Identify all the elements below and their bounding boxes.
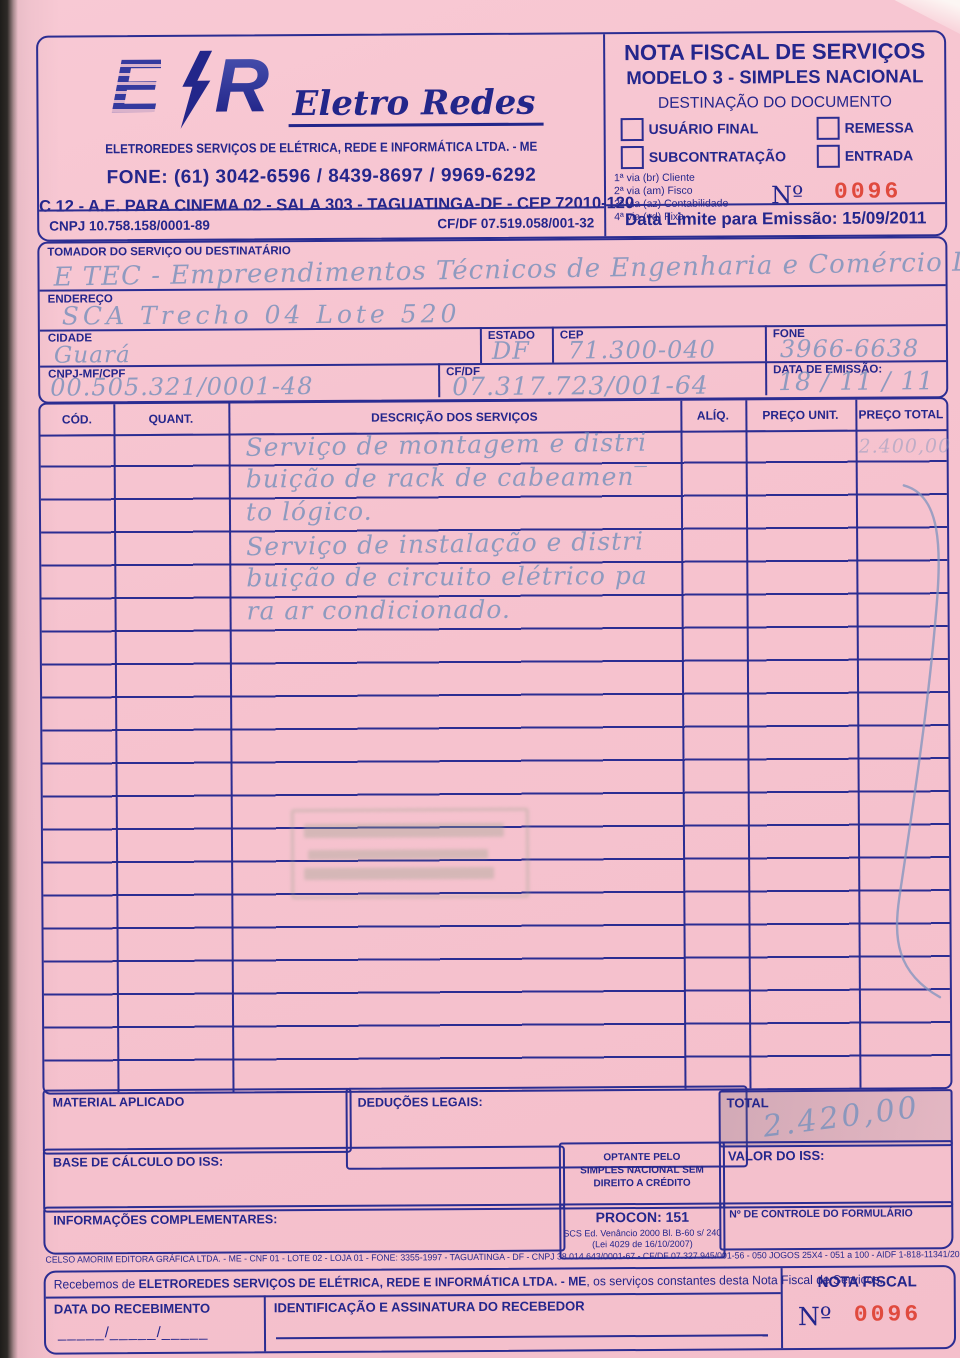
data-recebimento-label: DATA DO RECEBIMENTO bbox=[54, 1301, 210, 1317]
via-1: 1ª via (br) Cliente bbox=[614, 171, 728, 185]
issuer-cnpj: CNPJ 10.758.158/0001-89 bbox=[49, 217, 210, 233]
controle-label: Nº DE CONTROLE DO FORMULÁRIO bbox=[729, 1207, 913, 1220]
col-divider bbox=[438, 363, 440, 397]
endereco-handwriting: SCA Trecho 04 Lote 520 bbox=[62, 299, 461, 330]
invoice-number-stamp: 0096 bbox=[834, 178, 901, 204]
optante-line3: DIREITO A CRÉDITO bbox=[561, 1178, 723, 1190]
col-header-quant: QUANT. bbox=[113, 412, 228, 427]
scanner-edge-strip bbox=[0, 0, 18, 1358]
material-aplicado-label: MATERIAL APLICADO bbox=[53, 1095, 185, 1110]
total-handwriting: 2.420,00 bbox=[761, 1090, 922, 1145]
checkbox-label-usuario-final: USUÁRIO FINAL bbox=[649, 120, 759, 137]
date-placeholder: _____/_____/_____ bbox=[58, 1324, 209, 1342]
invoice-title: NOTA FISCAL DE SERVIÇOS bbox=[605, 38, 944, 66]
col-divider bbox=[765, 361, 767, 395]
col-divider bbox=[552, 327, 554, 363]
company-logo: E R Eletro Redes bbox=[98, 40, 599, 139]
stub-invoice-number: 0096 bbox=[854, 1301, 921, 1327]
recebemos-prefix: Recebemos de bbox=[54, 1277, 139, 1292]
bleed-through-stamp bbox=[291, 808, 530, 899]
description-line: to lógico. bbox=[246, 495, 676, 531]
signature-line bbox=[276, 1308, 768, 1339]
via-2: 2ª via (am) Fisco bbox=[614, 184, 728, 198]
tomador-box: TOMADOR DO SERVIÇO OU DESTINATÁRIO E TEC… bbox=[37, 236, 948, 404]
cnpj-handwriting: 00.505.321/0001-48 bbox=[50, 372, 313, 402]
scanned-invoice-paper: E R Eletro Redes ELETROREDES SERVIÇOS DE… bbox=[0, 0, 960, 1358]
checkbox-usuario-final bbox=[621, 118, 644, 141]
row-total-handwriting: 2.400,00 bbox=[859, 435, 952, 458]
total-box: TOTAL 2.420,00 bbox=[719, 1089, 953, 1147]
controle-box: Nº DE CONTROLE DO FORMULÁRIO bbox=[719, 1201, 953, 1250]
col-header-descricao: DESCRIÇÃO DOS SERVIÇOS bbox=[228, 409, 680, 426]
col-header-cod: CÓD. bbox=[40, 412, 113, 426]
description-handwriting: Serviço de montagem e distri buição de r… bbox=[245, 429, 676, 630]
valor-iss-label: VALOR DO ISS: bbox=[728, 1148, 825, 1164]
fone-handwriting: 3966-6638 bbox=[780, 334, 919, 363]
receipt-stub: Recebemos de ELETROREDES SERVIÇOS DE ELÉ… bbox=[44, 1265, 956, 1355]
company-caps-line: ELETROREDES SERVIÇOS DE ELÉTRICA, REDE E… bbox=[67, 138, 576, 156]
logo-letter-e: E bbox=[110, 49, 161, 125]
stub-nota-fiscal-label: NOTA FISCAL bbox=[781, 1273, 954, 1291]
procon-law: (Lei 4029 de 16/10/2007) bbox=[561, 1239, 723, 1250]
deadline-line: Data Limite para Emissão: 15/09/2011 bbox=[606, 208, 945, 230]
description-line: buição de rack de cabeamen‾ bbox=[246, 462, 676, 498]
stub-col-divider bbox=[264, 1295, 266, 1351]
checkbox-entrada bbox=[817, 145, 840, 168]
info-complementares-box: INFORMAÇÕES COMPLEMENTARES: bbox=[43, 1203, 565, 1254]
optante-line2: SIMPLES NACIONAL SEM bbox=[561, 1165, 723, 1177]
description-line: Serviço de instalação e distri bbox=[246, 526, 676, 565]
base-iss-label: BASE DE CÁLCULO DO ISS: bbox=[53, 1155, 223, 1170]
issuer-cfdf: CF/DF 07.519.058/001-32 bbox=[437, 215, 594, 231]
pen-stroke bbox=[849, 477, 950, 1008]
checkbox-label-entrada: ENTRADA bbox=[845, 147, 914, 163]
destination-caption: DESTINAÇÃO DO DOCUMENTO bbox=[605, 93, 944, 113]
checkbox-remessa bbox=[817, 117, 840, 140]
total-label: TOTAL bbox=[727, 1095, 769, 1110]
stub-numero-label: Nº bbox=[798, 1302, 832, 1331]
valor-iss-box: VALOR DO ISS: bbox=[719, 1140, 953, 1208]
header-box: E R Eletro Redes ELETROREDES SERVIÇOS DE… bbox=[36, 30, 947, 242]
description-line: Serviço de montagem e distri bbox=[245, 427, 675, 466]
optante-box: OPTANTE PELO SIMPLES NACIONAL SEM DIREIT… bbox=[559, 1142, 725, 1210]
cfdf-handwriting: 07.317.723/001-64 bbox=[452, 371, 709, 402]
col-divider bbox=[765, 325, 767, 361]
procon-label: PROCON: 151 bbox=[561, 1209, 723, 1226]
registration-row: CNPJ 10.758.158/0001-89 CF/DF 07.519.058… bbox=[39, 206, 604, 239]
info-complementares-label: INFORMAÇÕES COMPLEMENTARES: bbox=[53, 1212, 277, 1227]
lightning-bolt-icon bbox=[178, 51, 212, 129]
stub-row-divider bbox=[46, 1292, 781, 1298]
material-aplicado-box: MATERIAL APLICADO bbox=[42, 1088, 351, 1155]
checkbox-subcontratacao bbox=[621, 146, 644, 169]
cep-handwriting: 71.300-040 bbox=[568, 336, 716, 365]
deducoes-label: DEDUÇÕES LEGAIS: bbox=[358, 1095, 483, 1110]
description-line: ra ar condicionado. bbox=[246, 594, 676, 630]
recebemos-company: ELETROREDES SERVIÇOS DE ELÉTRICA, REDE E… bbox=[139, 1274, 587, 1291]
col-divider bbox=[480, 327, 482, 363]
checkbox-label-subcontratacao: SUBCONTRATAÇÃO bbox=[649, 148, 786, 165]
estado-handwriting: DF bbox=[492, 337, 530, 365]
description-line: buição de circuito elétrico pa bbox=[246, 561, 676, 597]
phone-line: FONE: (61) 3042-6596 / 8439-8697 / 9969-… bbox=[39, 164, 604, 189]
services-table: CÓD. QUANT. DESCRIÇÃO DOS SERVIÇOS ALÍQ.… bbox=[38, 397, 952, 1095]
optante-line1: OPTANTE PELO bbox=[561, 1152, 723, 1164]
form-area: E R Eletro Redes ELETROREDES SERVIÇOS DE… bbox=[0, 0, 960, 1358]
procon-address: SCS Ed. Venâncio 2000 Bl. B-60 s/ 240 bbox=[561, 1228, 723, 1239]
col-header-preco-total: PREÇO TOTAL bbox=[855, 407, 946, 422]
tomador-label: TOMADOR DO SERVIÇO OU DESTINATÁRIO bbox=[47, 245, 291, 258]
logo-letter-r: R bbox=[214, 48, 269, 124]
logo-script-text: Eletro Redes bbox=[288, 83, 543, 128]
invoice-subtitle: MODELO 3 - SIMPLES NACIONAL bbox=[605, 65, 944, 89]
base-iss-box: BASE DE CÁLCULO DO ISS: bbox=[43, 1145, 565, 1212]
emissao-handwriting: 18 / 11 / 11 bbox=[778, 366, 934, 396]
checkbox-label-remessa: REMESSA bbox=[845, 119, 914, 135]
col-header-preco-unit: PREÇO UNIT. bbox=[745, 408, 855, 423]
recebemos-line: Recebemos de ELETROREDES SERVIÇOS DE ELÉ… bbox=[54, 1273, 754, 1291]
col-header-aliq: ALÍQ. bbox=[680, 408, 745, 422]
